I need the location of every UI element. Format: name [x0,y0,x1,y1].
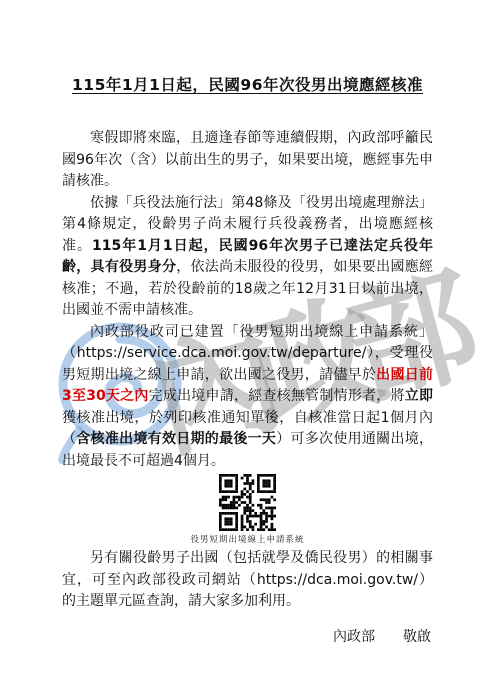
qr-code [219,474,276,531]
paragraph-4: 另有關役齡男子出國（包括就學及僑民役男）的相關事宜，可至內政部役政司網站（htt… [62,548,433,613]
paragraph-1: 寒假即將來臨，且適逢春節等連續假期，內政部呼籲民國96年次（含）以前出生的男子，… [62,128,433,193]
paragraph-3: 內政部役政司已建置「役男短期出境線上申請系統」（https://service.… [62,322,433,473]
paragraph-3-bold-1: 立即 [405,388,433,404]
paragraph-3-bold-2: 含核准出境有效日期的最後一天 [76,431,276,447]
paragraph-4-text: 另有關役齡男子出國（包括就學及僑民役男）的相關事宜，可至內政部役政司網站（htt… [62,550,433,609]
paragraph-1-text: 寒假即將來臨，且適逢春節等連續假期，內政部呼籲民國96年次（含）以前出生的男子，… [62,130,433,189]
document-page: 內政部 115年1月1日起，民國96年次役男出境應經核准 寒假即將來臨，且適逢春… [0,0,495,700]
paragraph-3-normal-2: 完成出境申請，經查核無管制情形者，將 [149,388,405,404]
page-title: 115年1月1日起，民國96年次役男出境應經核准 [0,0,495,95]
paragraph-2: 依據「兵役法施行法」第48條及「役男出境處理辦法」第4條規定，役齡男子尚未履行兵… [62,193,433,322]
document-body: 寒假即將來臨，且適逢春節等連續假期，內政部呼籲民國96年次（含）以前出生的男子，… [0,128,495,472]
qr-caption: 役男短期出境線上申請系統 [0,533,495,545]
document-body-2: 另有關役齡男子出國（包括就學及僑民役男）的相關事宜，可至內政部役政司網站（htt… [0,548,495,613]
signoff: 內政部 敬啟 [0,626,495,646]
qr-block: 役男短期出境線上申請系統 [0,474,495,545]
